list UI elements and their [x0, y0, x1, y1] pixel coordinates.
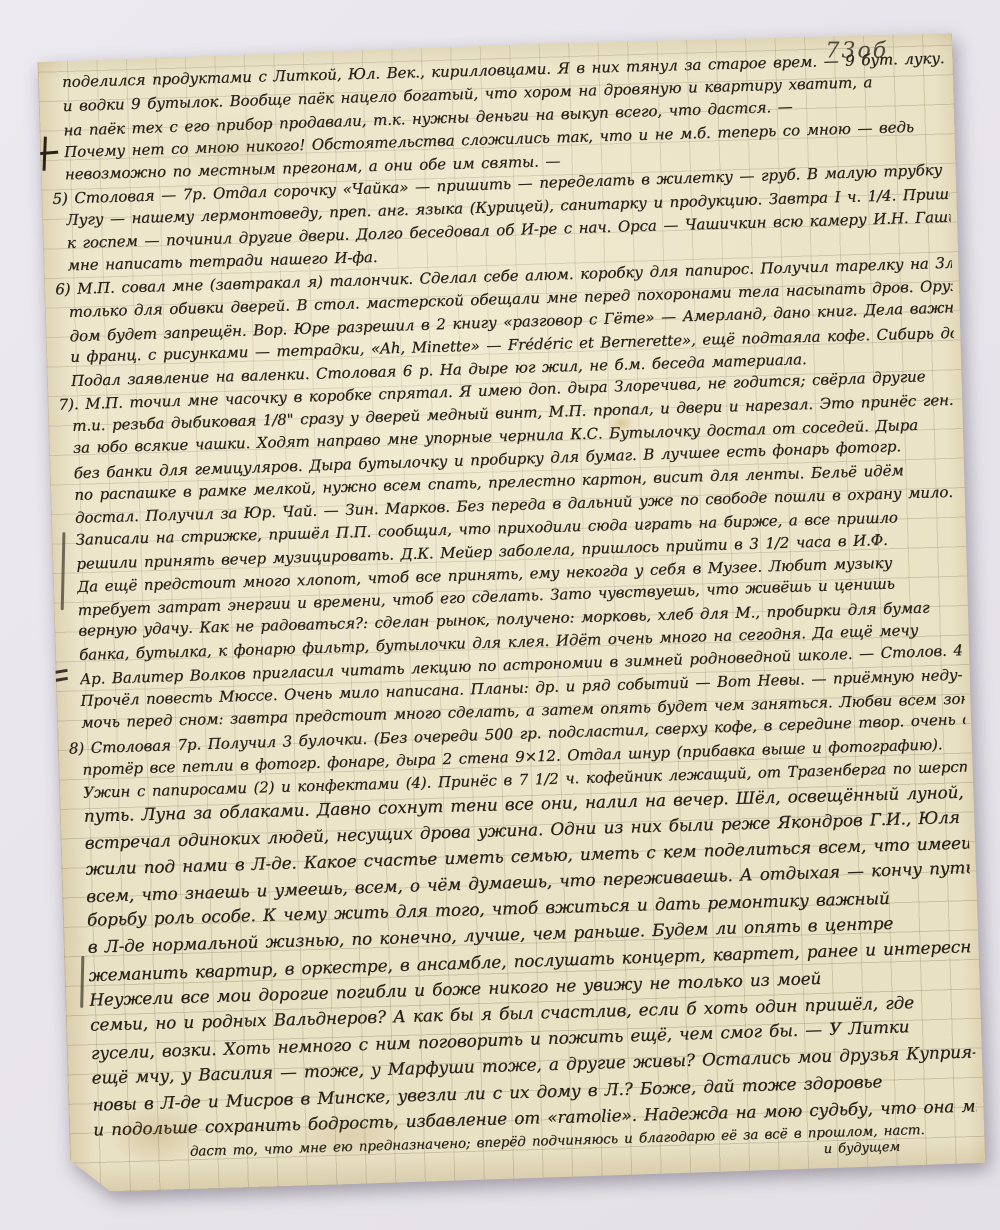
margin-cross-mark: [34, 151, 58, 155]
margin-vertical-stroke-mark: [80, 956, 84, 1008]
manuscript-page: 73об поделился продуктами с Литкой, Юл. …: [37, 32, 985, 1194]
scan-background: 73об поделился продуктами с Литкой, Юл. …: [0, 0, 1000, 1230]
manuscript-text-block: поделился продуктами с Литкой, Юл. Век.,…: [62, 48, 978, 1182]
margin-vertical-stroke-mark: [61, 532, 66, 610]
margin-dash-mark: [47, 669, 67, 675]
margin-dash-mark: [48, 677, 68, 683]
